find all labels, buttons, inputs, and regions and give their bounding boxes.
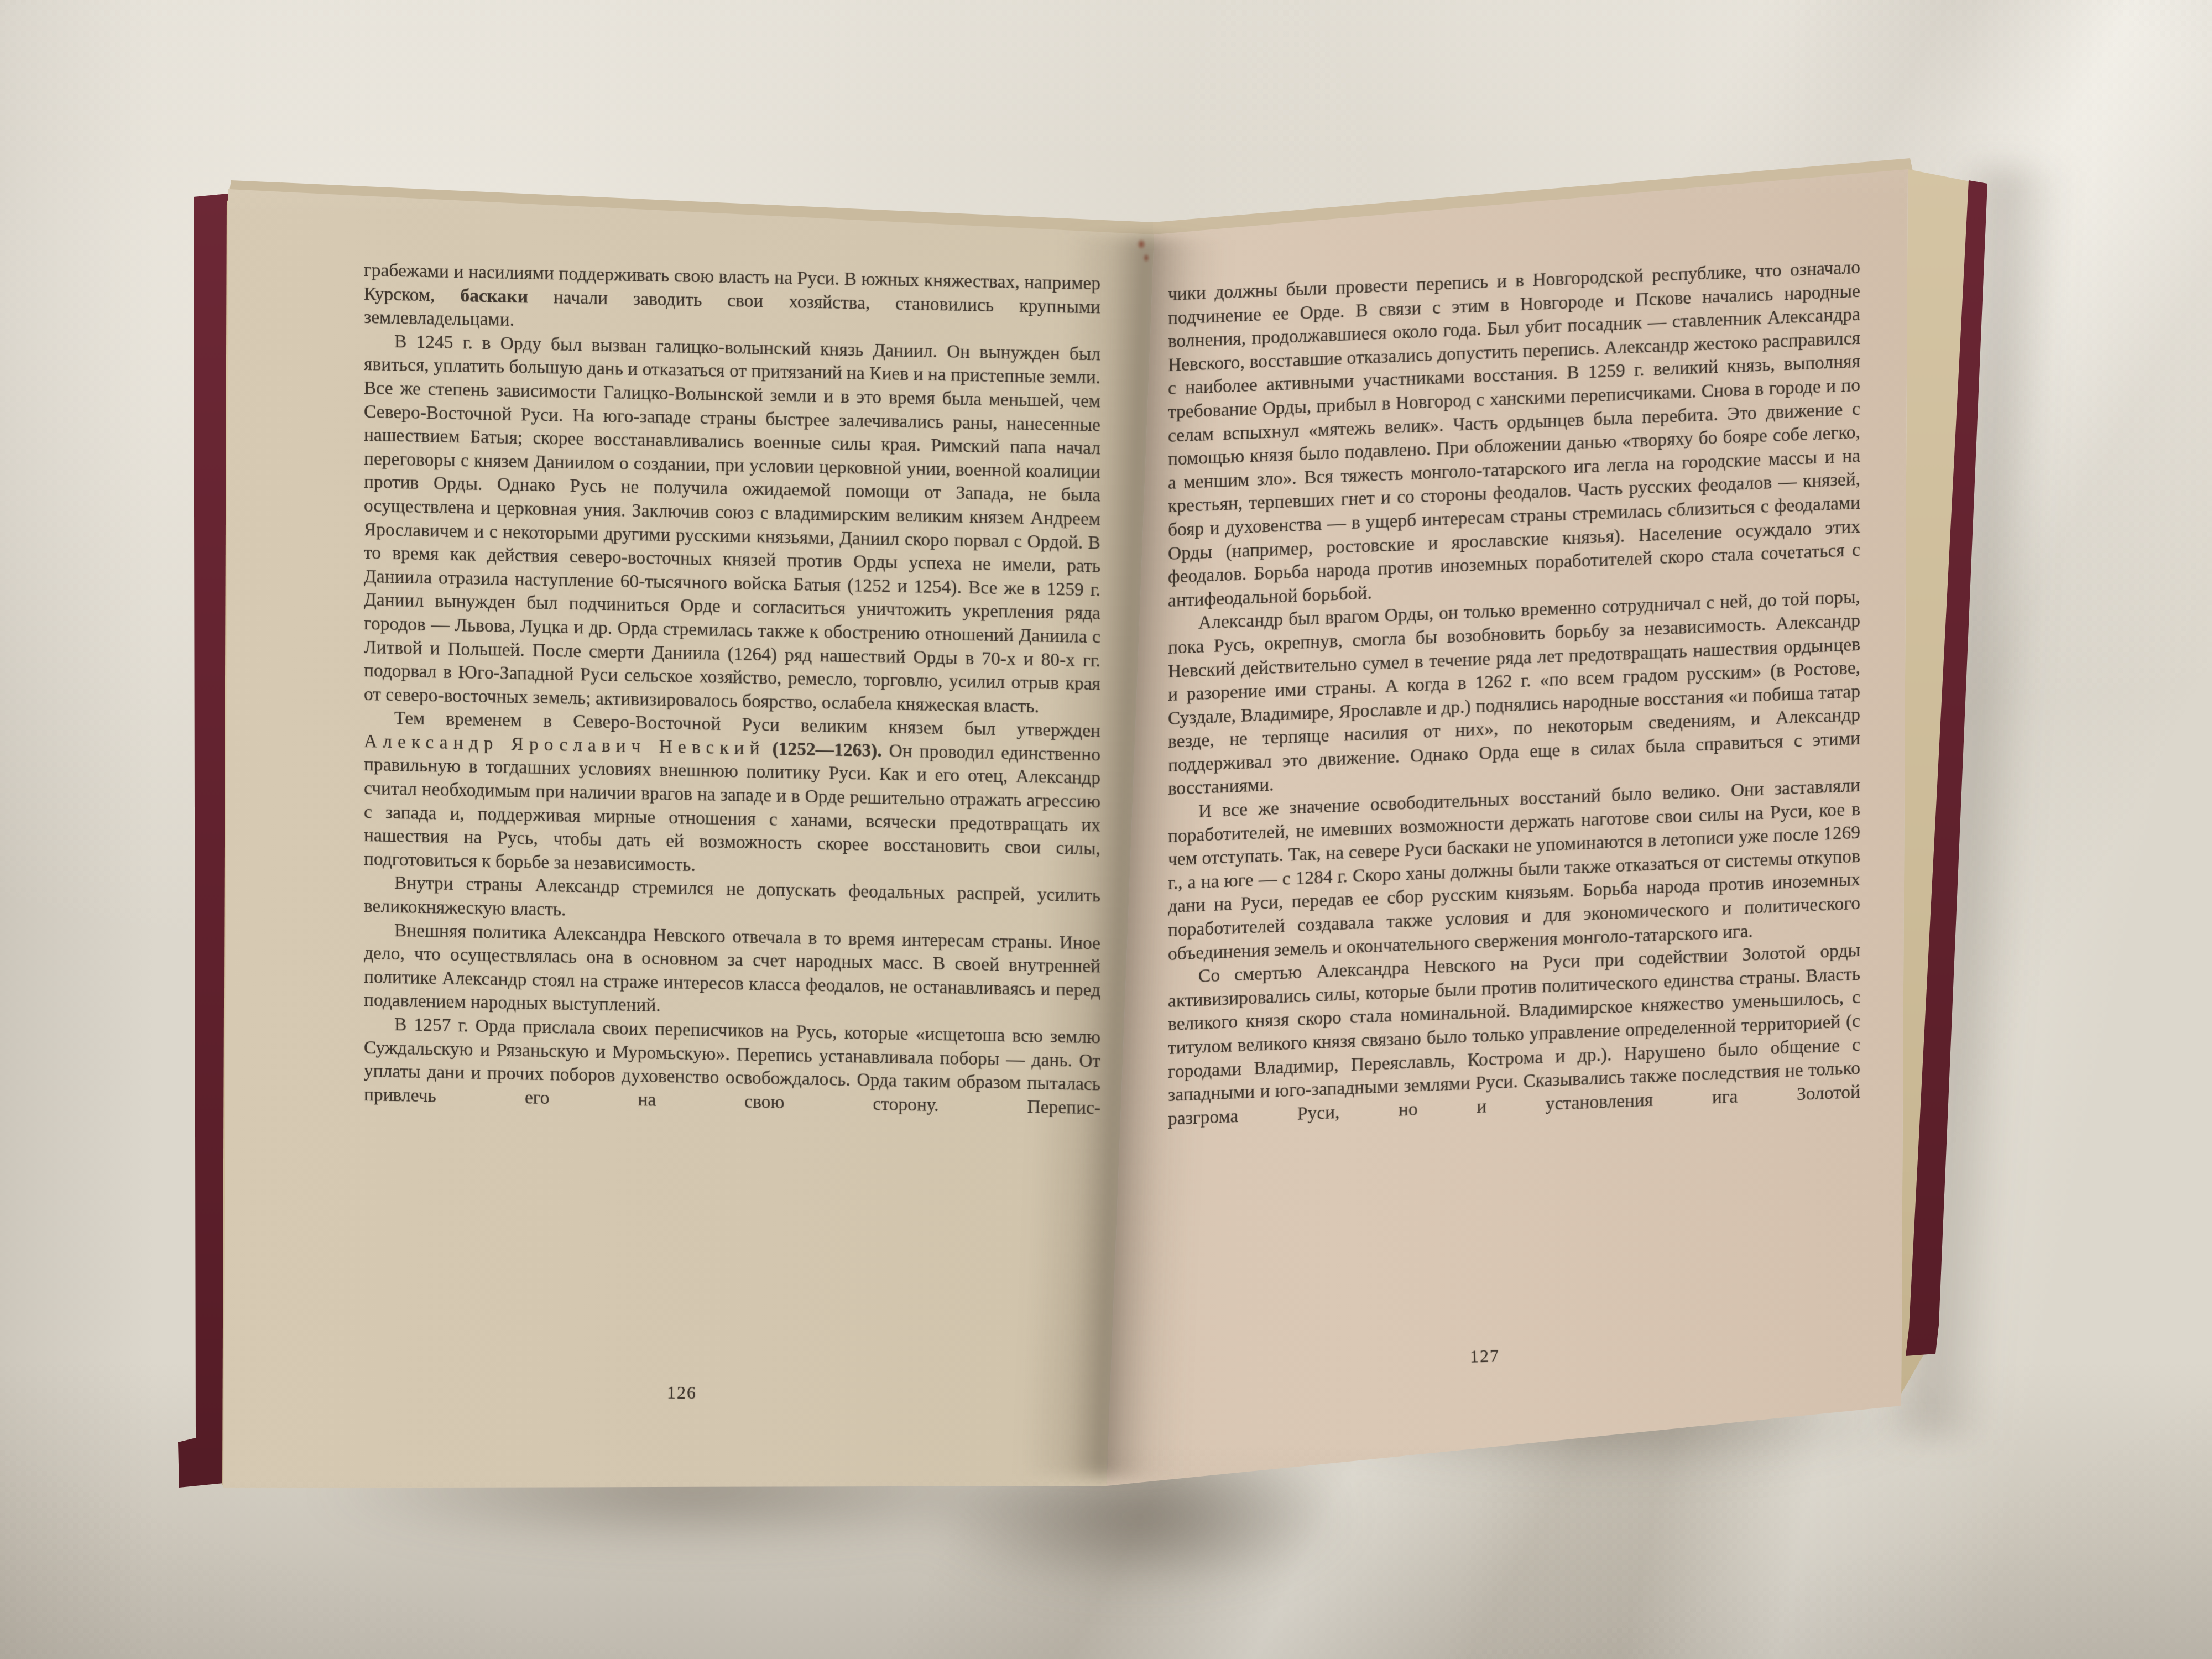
- page-number-right: 127: [1469, 1345, 1500, 1366]
- text-run: чики должны были провести перепись и в Н…: [1168, 257, 1860, 611]
- paragraph: Александр был врагом Орды, он только вре…: [1168, 586, 1860, 801]
- text-run: (1252—1263).: [773, 738, 882, 761]
- text-run: [765, 738, 773, 759]
- text-run: В 1245 г. в Орду был вызван галицко-волы…: [364, 331, 1100, 717]
- right-page-text: чики должны были провести перепись и в Н…: [1168, 256, 1860, 1131]
- text-run: В 1257 г. Орда прислала своих переписчик…: [364, 1014, 1100, 1118]
- paragraph: Внешняя политика Александра Невского отв…: [364, 919, 1100, 1026]
- left-page-text: грабежами и насилиями поддерживать свою …: [364, 259, 1100, 1120]
- paragraph: И все же значение освободительных восста…: [1168, 774, 1860, 966]
- text-run: И все же значение освободительных восста…: [1168, 775, 1860, 964]
- paragraph: чики должны были провести перепись и в Н…: [1168, 256, 1860, 613]
- paragraph: грабежами и насилиями поддерживать свою …: [364, 259, 1100, 343]
- paragraph: Тем временем в Северо-Восточной Руси вел…: [364, 706, 1100, 885]
- paragraph: В 1245 г. в Орду был вызван галицко-волы…: [364, 330, 1100, 720]
- paragraph: Со смертью Александра Невского на Руси п…: [1168, 939, 1860, 1131]
- paragraph: В 1257 г. Орда прислала своих переписчик…: [364, 1013, 1100, 1120]
- page-number-left: 126: [667, 1383, 697, 1404]
- text-run: Со смертью Александра Невского на Руси п…: [1168, 940, 1860, 1129]
- book-photo-scene: грабежами и насилиями поддерживать свою …: [0, 0, 2212, 1659]
- gutter-stain: [1133, 237, 1155, 265]
- text-run: баскаки: [460, 285, 528, 307]
- text-run: Александр Ярославич Невский: [364, 731, 765, 759]
- text-run: Внешняя политика Александра Невского отв…: [364, 920, 1100, 1016]
- text-run: Он проводил единственно правильную в тог…: [364, 740, 1100, 875]
- text-run: Александр был врагом Орды, он только вре…: [1168, 587, 1860, 799]
